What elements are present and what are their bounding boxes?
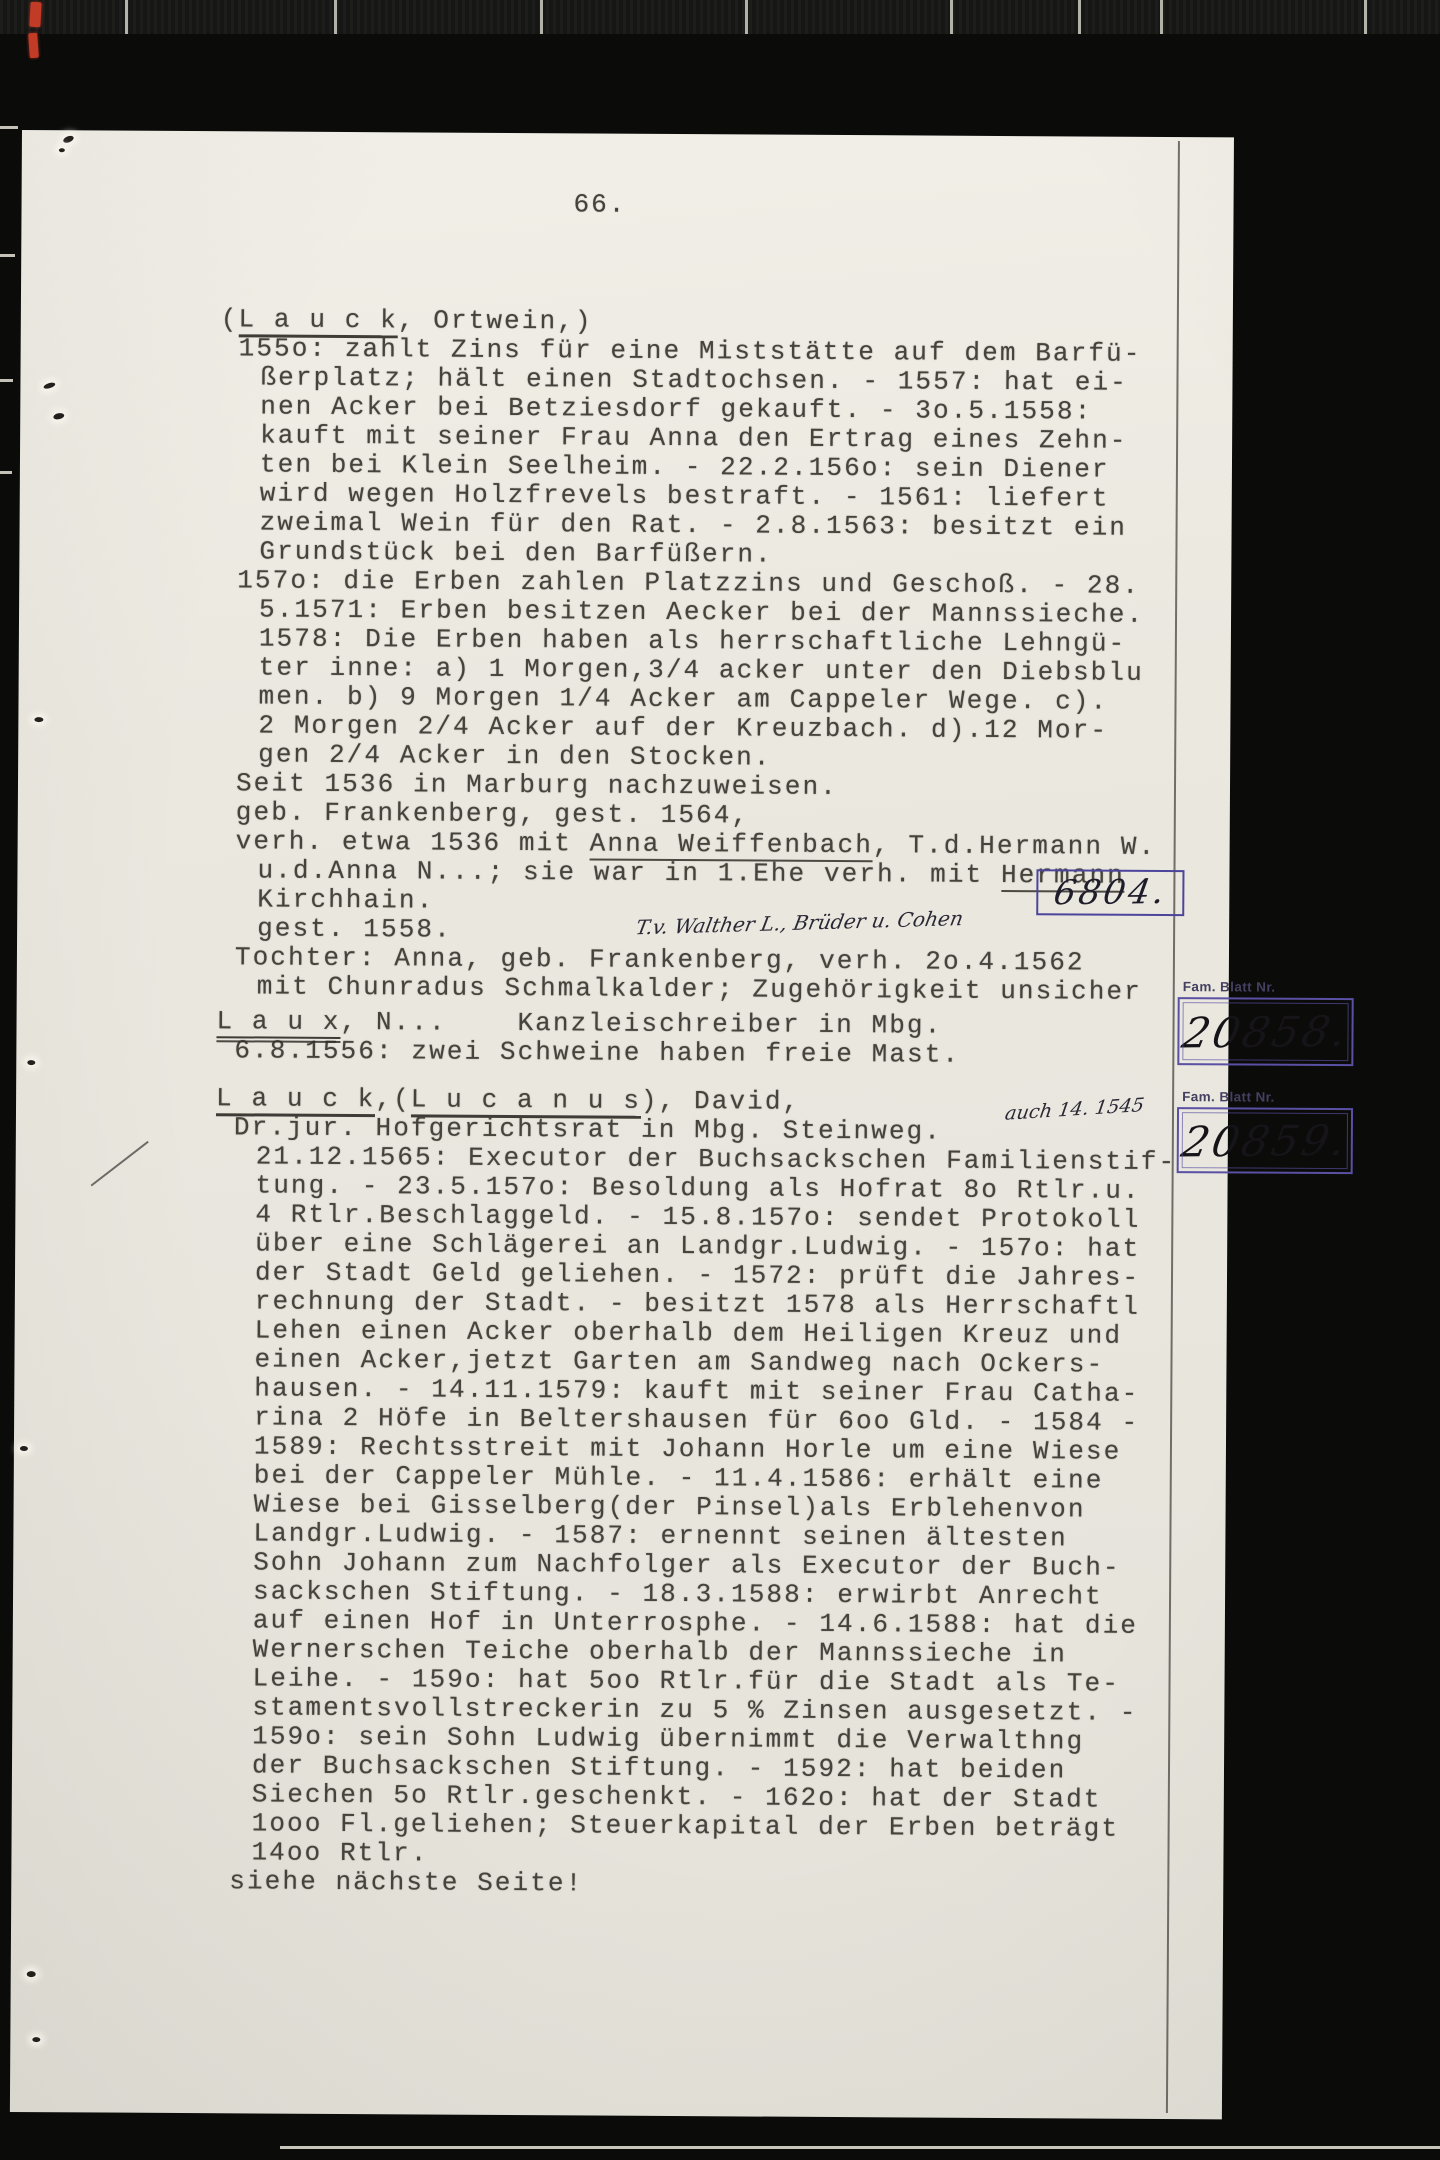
stamp-number: 20859. [1177,1115,1352,1166]
film-frame-line [1364,0,1367,34]
film-edge-tick [0,379,13,382]
film-top-band [0,0,1440,34]
film-frame-line [1160,0,1163,34]
text-line: siehe nächste Seite! [211,1867,1211,1902]
text-line: 6.8.1556: zwei Schweine haben freie Mast… [216,1036,1216,1071]
film-frame-line [1078,0,1081,34]
fam-blatt-label: Fam. Blatt Nr. [1183,979,1276,995]
microfilm-frame: 66. (L a u c k, Ortwein,) 155o: zahlt Zi… [0,0,1440,2160]
text-segment: , T.d.Hermann W. [873,830,1156,862]
red-edge-mark [28,33,39,59]
film-frame-line [950,0,953,34]
ref-number: 6804. [1051,872,1170,913]
heading-rest: , Ortwein,) [398,305,593,336]
red-edge-mark [29,2,41,28]
page-number: 66. [573,189,626,219]
film-edge-tick [0,471,12,474]
film-edge-line [280,2146,1440,2149]
punch-speck [53,412,65,420]
punch-speck [43,381,56,389]
punch-speck [32,2037,40,2042]
surname-underlined: L a u x [216,1006,340,1039]
punch-speck [20,1446,28,1451]
film-frame-line [540,0,543,34]
fam-blatt-stamp-box: 20858. [1177,997,1353,1066]
film-edge-tick [0,126,18,129]
ref-number-box: 6804. [1036,869,1184,916]
stamp-number: 20858. [1178,1006,1353,1057]
film-edge-tick [0,254,15,257]
punch-speck [62,134,74,144]
heading-mid: ,( [375,1084,411,1114]
film-frame-line [125,0,128,34]
film-frame-line [334,0,337,34]
text-segment: verh. etwa 1536 mit [236,826,590,858]
heading-rest: ), David, [641,1086,801,1117]
fam-blatt-label: Fam. Blatt Nr. [1182,1089,1275,1105]
heading-paren: ( [221,304,239,334]
punch-speck [59,148,65,152]
punch-speck [34,717,43,722]
film-frame-line [745,0,748,34]
fam-blatt-stamp-box: 20859. [1177,1107,1353,1174]
pencil-slash-mark [91,1141,149,1187]
punch-speck [27,1971,36,1977]
text-line: mit Chunradus Schmalkalder; Zugehörigkei… [217,972,1217,1007]
punch-speck [27,1060,35,1065]
document-page: 66. (L a u c k, Ortwein,) 155o: zahlt Zi… [10,130,1234,2119]
